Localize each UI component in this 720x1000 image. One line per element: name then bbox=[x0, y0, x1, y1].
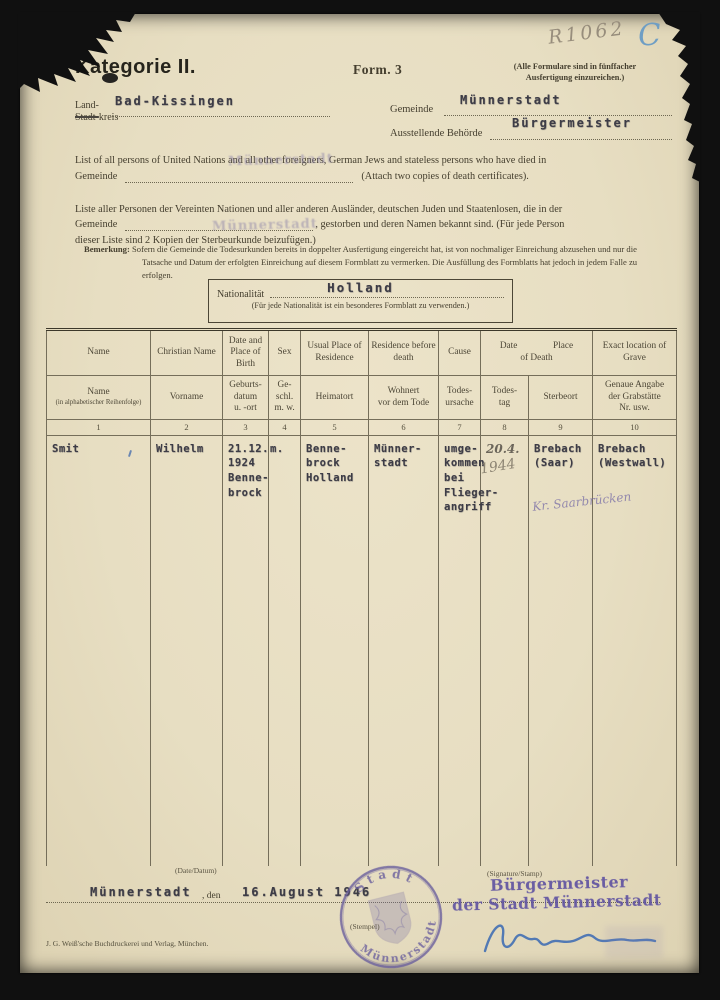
bemerkung-note: Bemerkung: Sofern die Gemeinde die Todes… bbox=[84, 243, 644, 282]
col-of-death-en: of Death bbox=[482, 353, 591, 365]
intro-english-gemeinde: Gemeinde bbox=[75, 169, 117, 185]
col-grave-en: Exact location of Grave bbox=[593, 330, 677, 376]
copies-note-line1: (Alle Formulare sind in fünffacher bbox=[514, 62, 636, 71]
stadt-label-struck: Stadt- bbox=[75, 112, 99, 123]
table-row: Smit Wilhelm 21.12. 1924 Benne- brock m.… bbox=[47, 435, 677, 866]
pencil-reference-note: R1062 bbox=[547, 17, 627, 48]
col-todesursache-de: Todes- ursache bbox=[439, 376, 481, 420]
intro-german-line2: , gestorben und deren Namen bekannt sind… bbox=[315, 217, 564, 232]
col-num-6: 6 bbox=[369, 420, 439, 436]
col-grabstaette-de: Genaue Angabe der Grabstätte Nr. usw. bbox=[593, 376, 677, 420]
cell-vorname: Wilhelm bbox=[151, 435, 223, 866]
copies-note-line2: Ausfertigung einzureichen.) bbox=[526, 73, 624, 82]
col-num-8: 8 bbox=[481, 420, 529, 436]
value-sex: m. bbox=[270, 442, 297, 457]
intro-english: List of all persons of United Nations an… bbox=[75, 153, 643, 185]
col-residence-before-death-en: Residence before death bbox=[369, 330, 439, 376]
value-todestag-jahr: 1944 bbox=[479, 454, 526, 477]
header-row-german: Name (in alphabetischer Reihenfolge) Vor… bbox=[47, 376, 677, 420]
col-num-5: 5 bbox=[301, 420, 369, 436]
col-num-7: 7 bbox=[439, 420, 481, 436]
stempel-label: (Stempel) bbox=[350, 922, 380, 931]
gemeinde-label: Gemeinde bbox=[390, 104, 433, 115]
cell-geburt: 21.12. 1924 Benne- brock bbox=[223, 435, 269, 866]
col-wohnort-de: Wohnert vor dem Tode bbox=[369, 376, 439, 420]
nationality-note: (Für jede Nationalität ist ein besondere… bbox=[209, 301, 512, 310]
footer-place-typed: Münnerstadt bbox=[90, 885, 191, 899]
col-heimatort-de: Heimatort bbox=[301, 376, 369, 420]
value-name: Smit bbox=[52, 442, 147, 457]
value-heimatort: Benne- brock Holland bbox=[306, 442, 365, 486]
value-ursache: umge- kommen bei Flieger- angriff bbox=[444, 442, 477, 515]
col-name-de-sub: (in alphabetischer Reihenfolge) bbox=[48, 399, 149, 407]
value-todestag: 20.4. bbox=[486, 442, 525, 456]
death-register-table: Name Christian Name Date and Place of Bi… bbox=[46, 328, 677, 866]
bemerkung-label: Bemerkung: bbox=[84, 244, 130, 254]
cell-heimatort: Benne- brock Holland bbox=[301, 435, 369, 866]
value-vorname: Wilhelm bbox=[156, 442, 219, 457]
intro-english-attach: (Attach two copies of death certificates… bbox=[361, 169, 529, 185]
intro-german-gemeinde: Gemeinde bbox=[75, 217, 117, 232]
col-sterbeort-de: Sterbeort bbox=[529, 376, 593, 420]
col-name-de-main: Name bbox=[87, 387, 109, 397]
header-row-english: Name Christian Name Date and Place of Bi… bbox=[47, 330, 677, 376]
col-num-9: 9 bbox=[529, 420, 593, 436]
cell-sex: m. bbox=[269, 435, 301, 866]
gemeinde-dotted-line bbox=[444, 106, 672, 116]
col-name-en: Name bbox=[47, 330, 151, 376]
value-grab: Brebach (Westwall) bbox=[598, 442, 673, 471]
intro-english-line1: List of all persons of United Nations an… bbox=[75, 153, 643, 169]
gemeinde-value: Münnerstadt bbox=[460, 93, 561, 107]
torn-corner-top-right bbox=[640, 12, 700, 182]
nationality-dotted-line bbox=[270, 297, 504, 298]
value-sterbeort: Brebach (Saar) bbox=[534, 442, 589, 471]
bemerkung-text: Sofern die Gemeinde die Todesurkunden be… bbox=[132, 244, 637, 280]
cell-ursache: umge- kommen bei Flieger- angriff bbox=[439, 435, 481, 866]
col-geburtsdatum-de: Geburts- datum u. -ort bbox=[223, 376, 269, 420]
behoerde-value: Bürgermeister bbox=[512, 116, 632, 130]
cell-name: Smit bbox=[47, 435, 151, 866]
kreis-dotted-line bbox=[112, 107, 330, 117]
col-cause-en: Cause bbox=[439, 330, 481, 376]
ghost-stamp-2: Münnerstadt bbox=[212, 217, 318, 235]
cell-todestag: 20.4. 1944 bbox=[481, 435, 529, 866]
col-date-place-of-death-en: Date Place of Death bbox=[481, 330, 593, 376]
col-num-1: 1 bbox=[47, 420, 151, 436]
nationality-value: Holland bbox=[209, 280, 512, 295]
cell-sterbeort: Brebach (Saar) Kr. Saarbrücken bbox=[529, 435, 593, 866]
column-number-row: 1 2 3 4 5 6 7 8 9 10 bbox=[47, 420, 677, 436]
intro-german-line1: Liste aller Personen der Vereinten Natio… bbox=[75, 202, 647, 217]
printer-imprint: J. G. Weiß'sche Buchdruckerei und Verlag… bbox=[46, 939, 208, 948]
intro-english-blank bbox=[125, 182, 353, 183]
cell-wohnort: Münner- stadt bbox=[369, 435, 439, 866]
behoerde-label: Ausstellende Behörde bbox=[390, 128, 482, 139]
col-date-en: Date bbox=[500, 341, 518, 353]
col-name-de: Name (in alphabetischer Reihenfolge) bbox=[47, 376, 151, 420]
col-num-2: 2 bbox=[151, 420, 223, 436]
svg-text:Stadt: Stadt bbox=[349, 859, 422, 902]
col-birth-en: Date and Place of Birth bbox=[223, 330, 269, 376]
value-geburt: 21.12. 1924 Benne- brock bbox=[228, 442, 265, 501]
col-num-4: 4 bbox=[269, 420, 301, 436]
col-residence-en: Usual Place of Residence bbox=[301, 330, 369, 376]
col-num-3: 3 bbox=[223, 420, 269, 436]
col-sex-en: Sex bbox=[269, 330, 301, 376]
scan-background: R1062 C Kategorie II. Form. 3 (Alle Form… bbox=[0, 0, 720, 1000]
stamp-smudge bbox=[605, 926, 663, 958]
footer-den-label: , den bbox=[202, 891, 220, 901]
document-page: R1062 C Kategorie II. Form. 3 (Alle Form… bbox=[20, 14, 699, 973]
col-vorname-de: Vorname bbox=[151, 376, 223, 420]
col-christian-name-en: Christian Name bbox=[151, 330, 223, 376]
round-stamp-top-text: Stadt bbox=[349, 859, 422, 902]
col-todestag-de: Todes- tag bbox=[481, 376, 529, 420]
torn-corner-top-left bbox=[18, 12, 168, 102]
nationality-box: Holland Nationalität (Für jede Nationali… bbox=[208, 279, 513, 323]
col-geschlecht-de: Ge- schl. m. w. bbox=[269, 376, 301, 420]
ghost-stamp-1: Münnerstadt bbox=[228, 152, 334, 170]
date-label: (Date/Datum) bbox=[175, 866, 217, 875]
intro-german: Liste aller Personen der Vereinten Natio… bbox=[75, 202, 647, 248]
value-wohnort: Münner- stadt bbox=[374, 442, 435, 471]
col-num-10: 10 bbox=[593, 420, 677, 436]
col-place-en: Place bbox=[553, 341, 573, 353]
form-number: Form. 3 bbox=[353, 62, 402, 78]
